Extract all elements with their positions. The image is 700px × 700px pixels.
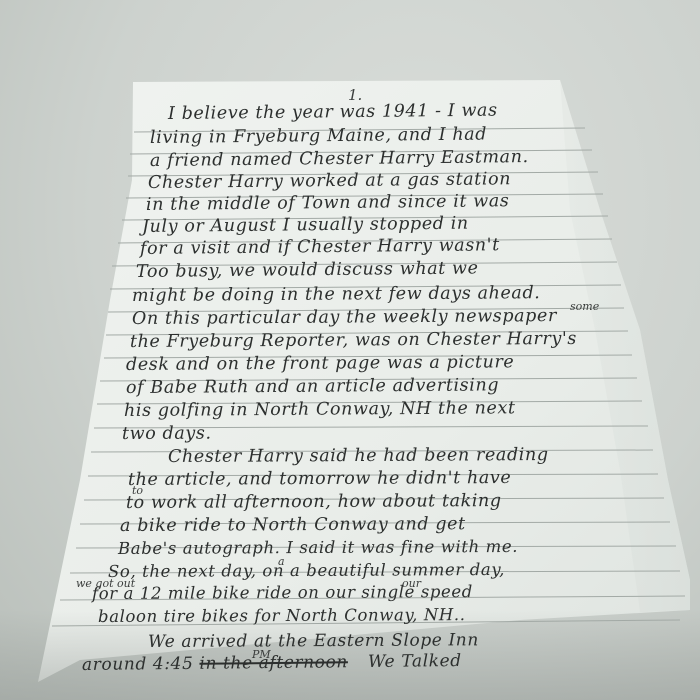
- struck-through-text: in the afternoon: [199, 652, 348, 674]
- letter-line: two days.: [122, 424, 212, 444]
- letter-line: for a 12 mile bike ride on our single sp…: [92, 582, 473, 603]
- letter-line: a friend named Chester Harry Eastman.: [150, 147, 529, 171]
- handwritten-letter: 1. I believe the year was 1941 - I was l…: [0, 0, 700, 700]
- letter-line: On this particular day the weekly newspa…: [132, 306, 557, 329]
- letter-line: a bike ride to North Conway and get: [120, 514, 466, 536]
- letter-line: July or August I usually stopped in: [142, 214, 469, 237]
- letter-line: to work all afternoon, how about taking: [126, 491, 502, 513]
- letter-line: in the middle of Town and since it was: [146, 191, 510, 215]
- letter-line: for a visit and if Chester Harry wasn't: [140, 235, 500, 259]
- letter-line: the Fryeburg Reporter, was on Chester Ha…: [130, 329, 577, 352]
- letter-line: the article, and tomorrow he didn't have: [128, 468, 511, 490]
- letter-line: baloon tire bikes for North Conway, NH..: [98, 605, 466, 626]
- letter-line: might be doing in the next few days ahea…: [132, 283, 541, 306]
- letter-line-end: We Talked: [368, 651, 462, 672]
- letter-line: Chester Harry said he had been reading: [168, 445, 549, 467]
- letter-line: his golfing in North Conway, NH the next: [124, 398, 516, 421]
- letter-line: Chester Harry worked at a gas station: [148, 169, 511, 193]
- letter-line: So, the next day, on a beautiful summer …: [108, 560, 505, 581]
- letter-line: desk and on the front page was a picture: [126, 352, 514, 375]
- letter-line-start: around 4:45: [82, 654, 194, 675]
- letter-line: We arrived at the Eastern Slope Inn: [148, 630, 479, 652]
- letter-line: Too busy, we would discuss what we: [136, 258, 479, 282]
- letter-line: Babe's autograph. I said it was fine wit…: [118, 537, 518, 558]
- letter-line: I believe the year was 1941 - I was: [168, 101, 498, 124]
- letter-line-last: around 4:45 in the afternoon We Talked: [82, 651, 462, 675]
- insertion-over-newspaper: some: [570, 300, 599, 313]
- letter-line: of Babe Ruth and an article advertising: [126, 375, 499, 398]
- letter-line: living in Fryeburg Maine, and I had: [150, 124, 487, 148]
- insertion-pm: PM: [252, 648, 271, 661]
